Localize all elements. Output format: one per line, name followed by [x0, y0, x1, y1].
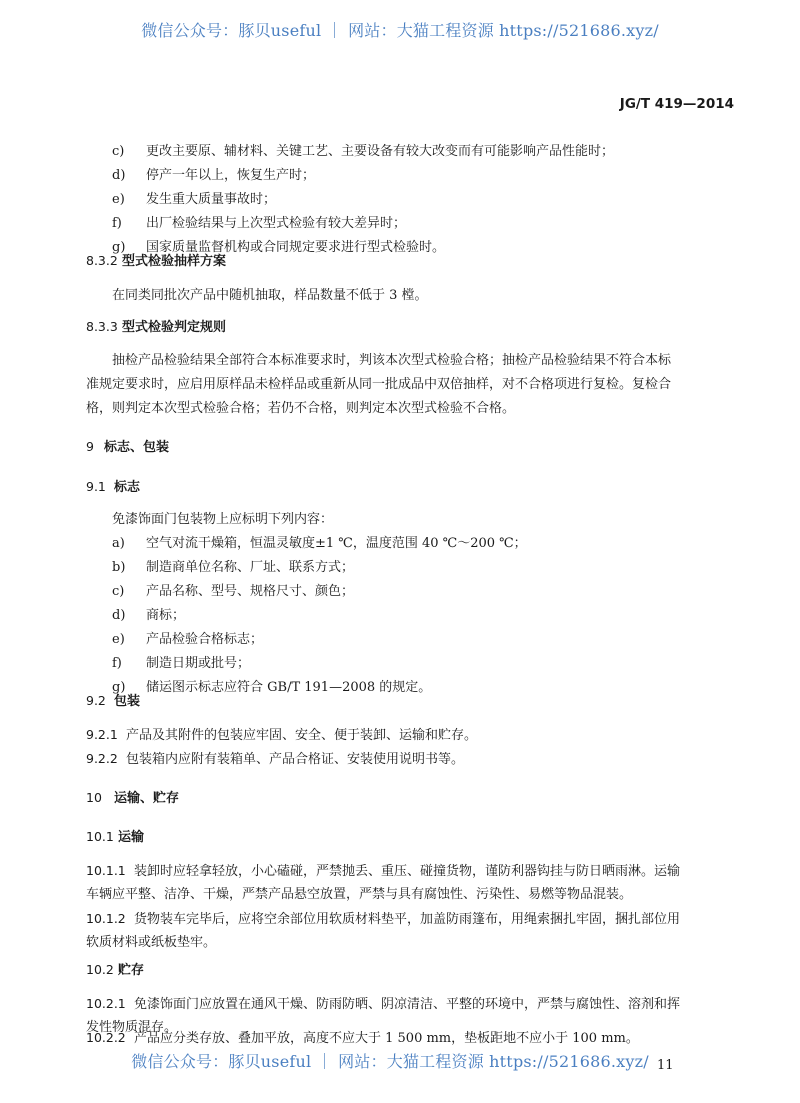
list-item: d)停产一年以上，恢复生产时；: [112, 167, 315, 185]
chapter-heading-10: 10运输、贮存: [86, 789, 179, 808]
chapter-number: 9: [86, 438, 104, 456]
item-label: c): [112, 583, 146, 601]
section-number: 10.1: [86, 828, 118, 846]
item-label: f): [112, 655, 146, 673]
item-label: c): [112, 143, 146, 161]
section-heading-10-1: 10.1运输: [86, 828, 144, 847]
section-title: 型式检验判定规则: [122, 320, 226, 335]
item-text: 商标；: [146, 608, 185, 623]
clause: 10.2.2产品应分类存放、叠加平放，高度不应大于 1 500 mm，垫板距地不…: [86, 1029, 639, 1048]
item-text: 制造日期或批号；: [146, 656, 250, 671]
section-heading-9-2: 9.2包装: [86, 692, 140, 711]
list-item: c)产品名称、型号、规格尺寸、颜色；: [112, 583, 354, 601]
paragraph-line: 准规定要求时，应启用原样品未检样品或重新从同一批成品中双倍抽样，对不合格项进行复…: [86, 376, 671, 394]
item-text: 停产一年以上，恢复生产时；: [146, 168, 315, 183]
list-item: e)发生重大质量事故时；: [112, 191, 276, 209]
page-number: 11: [657, 1058, 674, 1073]
list-item: a)空气对流干燥箱，恒温灵敏度±1 ℃，温度范围 40 ℃～200 ℃；: [112, 535, 527, 553]
item-text: 出厂检验结果与上次型式检验有较大差异时；: [146, 216, 406, 231]
item-label: e): [112, 631, 146, 649]
clause: 9.2.1产品及其附件的包装应牢固、安全、便于装卸、运输和贮存。: [86, 726, 477, 745]
list-item: b)制造商单位名称、厂址、联系方式；: [112, 559, 354, 577]
section-heading-9-1: 9.1标志: [86, 478, 140, 497]
clause-text: 货物装车完毕后，应将空余部位用软质材料垫平，加盖防雨篷布，用绳索捆扎牢固，捆扎部…: [134, 912, 680, 927]
section-heading-8-3-2: 8.3.2型式检验抽样方案: [86, 252, 226, 271]
item-text: 产品检验合格标志；: [146, 632, 263, 647]
list-item: g)储运图示标志应符合 GB/T 191—2008 的规定。: [112, 679, 431, 697]
clause-text: 产品及其附件的包装应牢固、安全、便于装卸、运输和贮存。: [126, 728, 477, 743]
item-text: 空气对流干燥箱，恒温灵敏度±1 ℃，温度范围 40 ℃～200 ℃；: [146, 536, 527, 551]
paragraph: 在同类同批次产品中随机抽取，样品数量不低于 3 樘。: [112, 287, 428, 305]
clause: 9.2.2包装箱内应附有装箱单、产品合格证、安装使用说明书等。: [86, 750, 464, 769]
item-label: e): [112, 191, 146, 209]
watermark-top: 微信公众号：豚贝useful ｜ 网站：大猫工程资源 https://52168…: [0, 18, 800, 41]
clause-text: 装卸时应轻拿轻放，小心磕碰，严禁抛丢、重压、碰撞货物，谨防利器钩挂与防日晒雨淋。…: [134, 864, 680, 879]
item-label: d): [112, 607, 146, 625]
clause-number: 9.2.2: [86, 750, 126, 768]
section-number: 9.1: [86, 478, 114, 496]
item-label: a): [112, 535, 146, 553]
item-text: 产品名称、型号、规格尺寸、颜色；: [146, 584, 354, 599]
clause-continuation: 车辆应平整、洁净、干燥，严禁产品悬空放置，严禁与具有腐蚀性、污染性、易燃等物品混…: [86, 886, 632, 904]
paragraph-line: 抽检产品检验结果全部符合本标准要求时，判该本次型式检验合格；抽检产品检验结果不符…: [112, 352, 671, 370]
section-number: 8.3.3: [86, 318, 122, 336]
section-number: 9.2: [86, 692, 114, 710]
item-label: d): [112, 167, 146, 185]
list-item: c)更改主要原、辅材料、关键工艺、主要设备有较大改变而有可能影响产品性能时；: [112, 143, 614, 161]
chapter-title: 标志、包装: [104, 440, 169, 455]
clause: 10.1.2货物装车完毕后，应将空余部位用软质材料垫平，加盖防雨篷布，用绳索捆扎…: [86, 910, 680, 929]
section-title: 贮存: [118, 963, 144, 978]
item-text: 储运图示标志应符合 GB/T 191—2008 的规定。: [146, 680, 431, 695]
section-title: 标志: [114, 480, 140, 495]
list-item: f)出厂检验结果与上次型式检验有较大差异时；: [112, 215, 406, 233]
clause-number: 10.2.1: [86, 995, 134, 1013]
paragraph-line: 格，则判定本次型式检验合格；若仍不合格，则判定本次型式检验不合格。: [86, 400, 515, 418]
section-title: 运输: [118, 830, 144, 845]
item-text: 发生重大质量事故时；: [146, 192, 276, 207]
clause-text: 包装箱内应附有装箱单、产品合格证、安装使用说明书等。: [126, 752, 464, 767]
item-label: b): [112, 559, 146, 577]
clause-number: 10.1.2: [86, 910, 134, 928]
item-text: 更改主要原、辅材料、关键工艺、主要设备有较大改变而有可能影响产品性能时；: [146, 144, 614, 159]
list-item: e)产品检验合格标志；: [112, 631, 263, 649]
clause: 10.1.1装卸时应轻拿轻放，小心磕碰，严禁抛丢、重压、碰撞货物，谨防利器钩挂与…: [86, 862, 680, 881]
item-label: f): [112, 215, 146, 233]
chapter-number: 10: [86, 789, 114, 807]
clause-text: 免漆饰面门应放置在通风干燥、防雨防晒、阴凉清洁、平整的环境中，严禁与腐蚀性、溶剂…: [134, 997, 680, 1012]
list-item: f)制造日期或批号；: [112, 655, 250, 673]
clause: 10.2.1免漆饰面门应放置在通风干燥、防雨防晒、阴凉清洁、平整的环境中，严禁与…: [86, 995, 680, 1014]
chapter-heading-9: 9标志、包装: [86, 438, 169, 457]
section-heading-8-3-3: 8.3.3型式检验判定规则: [86, 318, 226, 337]
clause-number: 10.1.1: [86, 862, 134, 880]
section-title: 包装: [114, 694, 140, 709]
standard-code: JG/T 419—2014: [620, 96, 734, 112]
item-text: 制造商单位名称、厂址、联系方式；: [146, 560, 354, 575]
section-number: 8.3.2: [86, 252, 122, 270]
clause-number: 9.2.1: [86, 726, 126, 744]
list-item: d)商标；: [112, 607, 185, 625]
section-heading-10-2: 10.2贮存: [86, 961, 144, 980]
clause-number: 10.2.2: [86, 1029, 134, 1047]
section-title: 型式检验抽样方案: [122, 254, 226, 269]
clause-text: 产品应分类存放、叠加平放，高度不应大于 1 500 mm，垫板距地不应小于 10…: [134, 1031, 639, 1046]
clause-continuation: 软质材料或纸板垫牢。: [86, 934, 216, 952]
chapter-title: 运输、贮存: [114, 791, 179, 806]
paragraph: 免漆饰面门包装物上应标明下列内容：: [112, 511, 333, 529]
section-number: 10.2: [86, 961, 118, 979]
